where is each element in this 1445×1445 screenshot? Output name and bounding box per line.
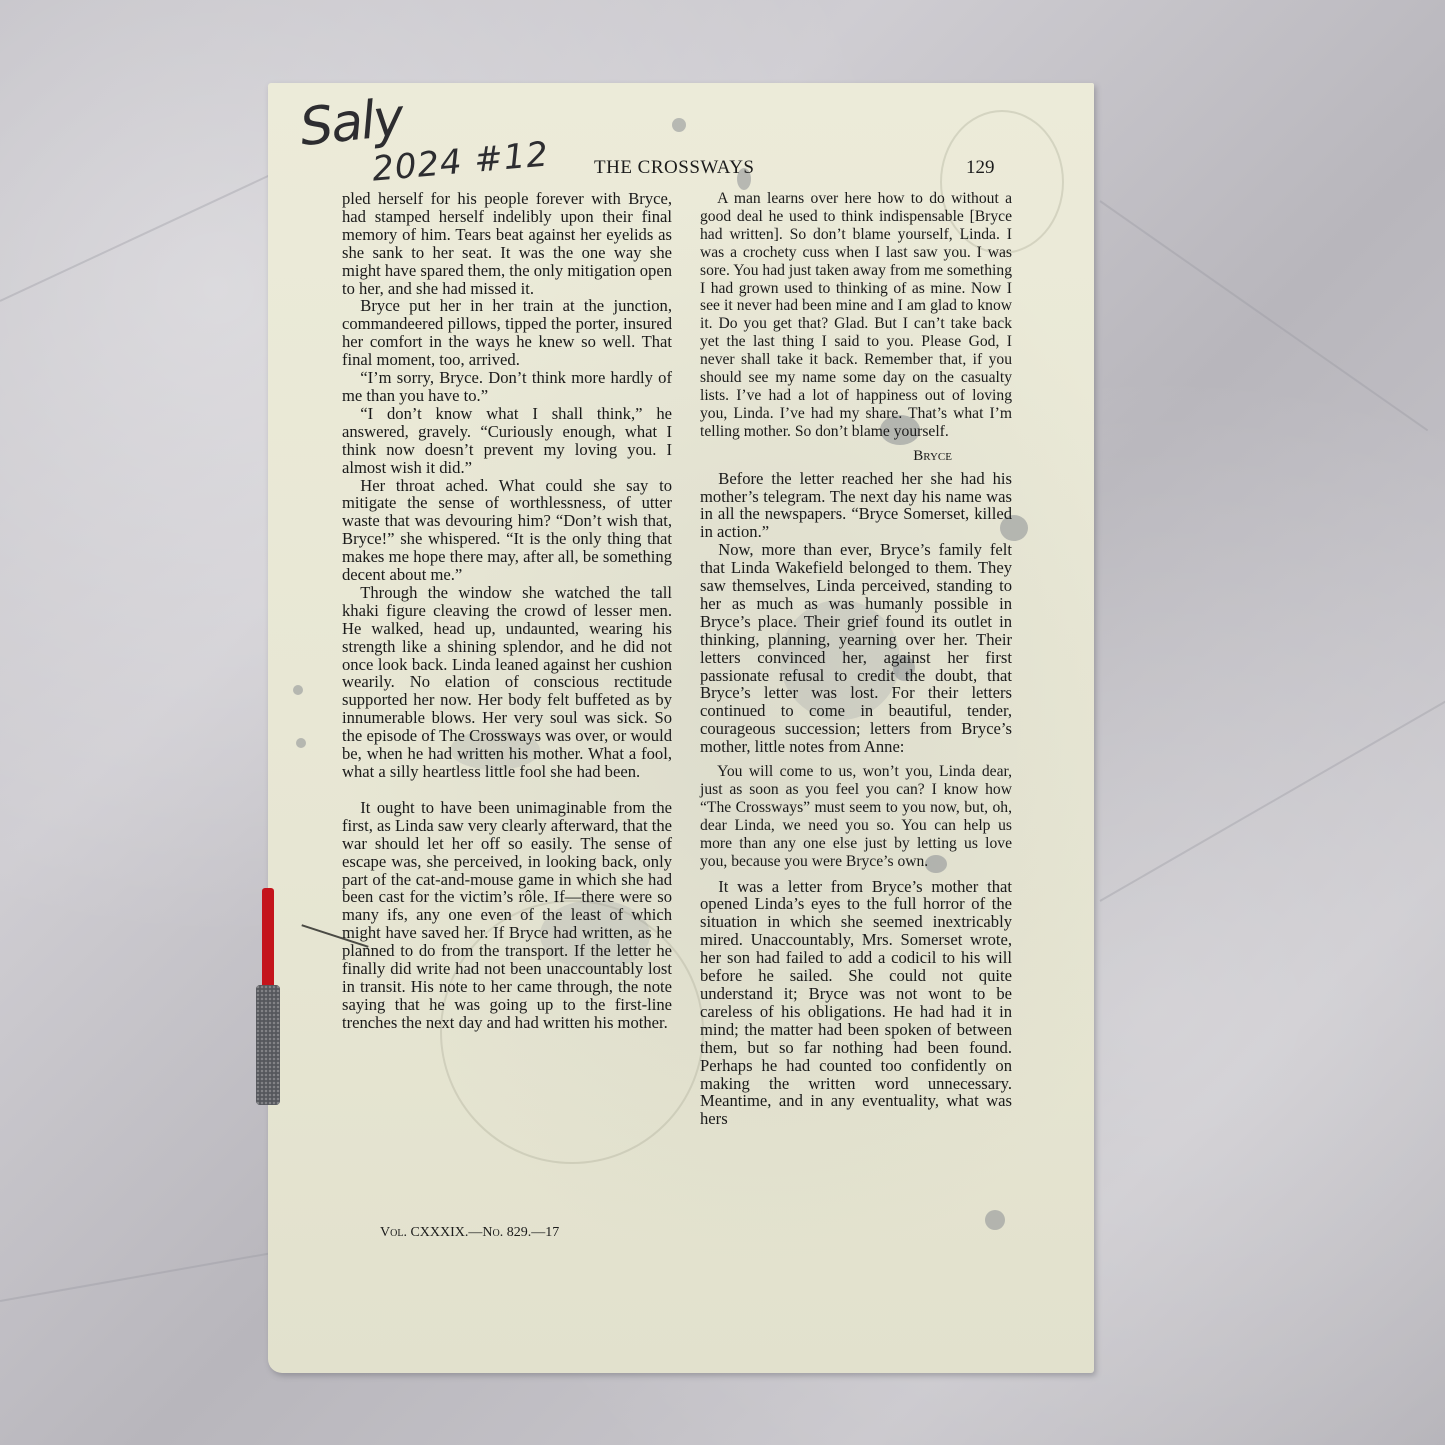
paragraph: pled herself for his people forever with…	[342, 190, 672, 297]
paragraph: It was a letter from Bryce’s mother that…	[700, 878, 1012, 1129]
page-number: 129	[966, 157, 995, 179]
quoted-letter: A man learns over here how to do without…	[700, 190, 1012, 441]
paragraph: It ought to have been unimaginable from …	[342, 799, 672, 1032]
water-stain	[672, 118, 686, 132]
paragraph: Bryce put her in her train at the juncti…	[342, 297, 672, 369]
water-stain	[293, 685, 303, 695]
right-column: A man learns over here how to do without…	[700, 190, 1012, 1128]
paragraph: “I’m sorry, Bryce. Don’t think more hard…	[342, 369, 672, 405]
torn-binding-red	[262, 888, 274, 988]
torn-binding-glue	[256, 985, 280, 1105]
marble-vein	[1099, 200, 1428, 431]
paragraph: “I don’t know what I shall think,” he an…	[342, 405, 672, 477]
letter-signature: Bryce	[700, 448, 952, 466]
paragraph: Now, more than ever, Bryce’s family felt…	[700, 541, 1012, 756]
water-stain	[985, 1210, 1005, 1230]
quoted-note: You will come to us, won’t you, Linda de…	[700, 763, 1012, 870]
paragraph: Before the letter reached her she had hi…	[700, 470, 1012, 542]
paragraph: Through the window she watched the tall …	[342, 584, 672, 781]
paragraph: Her throat ached. What could she say to …	[342, 477, 672, 584]
water-stain	[296, 738, 306, 748]
marble-vein	[1100, 700, 1445, 902]
running-head: THE CROSSWAYS	[594, 157, 754, 179]
volume-footer: Vol. CXXXIX.—No. 829.—17	[380, 1225, 559, 1241]
left-column: pled herself for his people forever with…	[342, 190, 672, 1032]
